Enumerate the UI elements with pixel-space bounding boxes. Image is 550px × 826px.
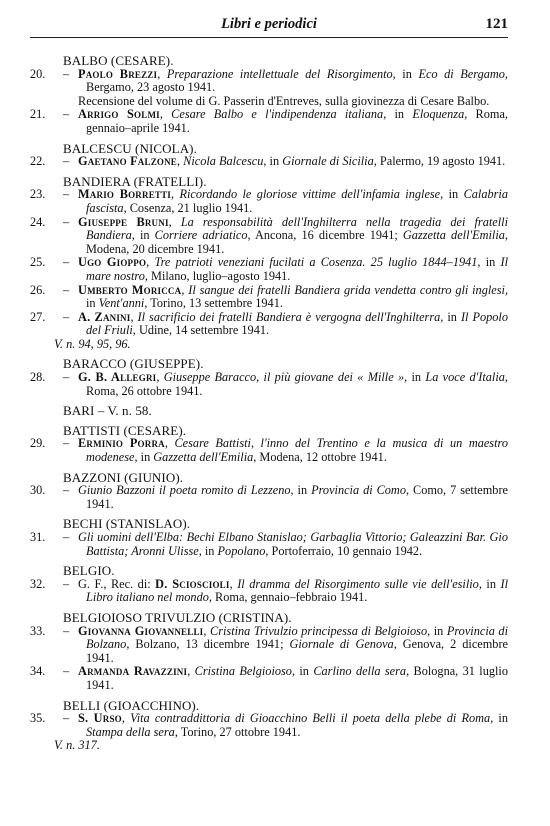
bibliography-entry: 24.–Giuseppe Bruni, La responsabilità de…: [30, 216, 508, 257]
entry-dash: –: [63, 256, 78, 270]
entry-title-italic: Vita contraddittoria di Gioacchino Belli…: [130, 711, 490, 725]
entry-text: , Portoferraio, 10 gennaio 1942.: [265, 544, 422, 558]
entry-number: 32.: [30, 578, 52, 592]
entry-text: , in: [132, 228, 155, 242]
running-title: Libri e periodici: [30, 16, 508, 33]
entry-dash: –: [63, 155, 78, 169]
entry-title-italic: Giornale di Genova: [290, 637, 394, 651]
entry-title-italic: Cristina Belgioioso: [195, 664, 292, 678]
entry-text: , in: [263, 154, 282, 168]
entry-dash: –: [63, 712, 78, 726]
entry-number: 23.: [30, 188, 52, 202]
entry-author: Ugo Gioppo: [78, 255, 146, 269]
bibliography-entry: 28.–G. B. Allegri, Giuseppe Baracco, il …: [30, 371, 508, 398]
section-heading: BELLI (GIOACCHINO).: [30, 699, 508, 713]
entry-title-italic: Popolano: [218, 544, 266, 558]
entry-text: , Roma, gennaio–febbraio 1941.: [209, 590, 367, 604]
entry-number: 21.: [30, 108, 52, 122]
entry-author: Armanda Ravazzini: [78, 664, 187, 678]
entry-number: 33.: [30, 625, 52, 639]
section-heading: BATTISTI (CESARE).: [30, 424, 508, 438]
entry-title-italic: Provincia di Como: [311, 483, 406, 497]
entry-text: , Udine, 14 settembre 1941.: [133, 323, 269, 337]
entry-title-italic: Preparazione intellettuale del Risorgime…: [167, 67, 393, 81]
section-heading: BANDIERA (FRATELLI).: [30, 175, 508, 189]
bibliography-entry: 29.–Erminio Porra, Cesare Battisti, l'in…: [30, 437, 508, 464]
entry-number: 24.: [30, 216, 52, 230]
entry-text: , in: [291, 483, 312, 497]
entry-title-italic: Il dramma del Risorgimento sulle vie del…: [237, 577, 479, 591]
bibliography-entry: 21.–Arrigo Solmi, Cesare Balbo e l'indip…: [30, 108, 508, 135]
entry-dash: –: [63, 578, 78, 592]
entry-text: , in: [490, 711, 508, 725]
entry-number: 26.: [30, 284, 52, 298]
entry-title-italic: Vent'anni: [99, 296, 145, 310]
entry-text: , Ancona, 16 dicembre 1941;: [247, 228, 402, 242]
entry-title-italic: Gazzetta dell'Emilia: [153, 450, 253, 464]
entry-title-italic: Il sangue dei fratelli Bandiera grida ve…: [188, 283, 505, 297]
entry-title-italic: Giuseppe Baracco, il più giovane dei « M…: [164, 370, 404, 384]
bibliography-entry: 34.–Armanda Ravazzini, Cristina Belgioio…: [30, 665, 508, 692]
entry-author: Arrigo Solmi: [78, 107, 160, 121]
entry-text: , in: [199, 544, 218, 558]
entry-text: , in: [427, 624, 447, 638]
entry-title-italic: Giornale di Sicilia: [282, 154, 374, 168]
entry-title-italic: Cesare Balbo e l'indipendenza italiana: [171, 107, 383, 121]
cross-reference: V. n. 94, 95, 96.: [30, 338, 508, 352]
bibliography-entry: 27.–A. Zanini, Il sacrificio dei fratell…: [30, 311, 508, 338]
section-heading: BELGIO.: [30, 564, 508, 578]
entry-dash: –: [63, 371, 78, 385]
bibliography-body: BALBO (CESARE).20.–Paolo Brezzi, Prepara…: [30, 54, 508, 753]
entry-number: 20.: [30, 68, 52, 82]
entry-title-italic: Eloquenza: [412, 107, 464, 121]
entry-text: , Modena, 12 ottobre 1941.: [253, 450, 387, 464]
entry-number: 30.: [30, 484, 52, 498]
document-page: Libri e periodici 121 BALBO (CESARE).20.…: [0, 0, 550, 826]
entry-number: 35.: [30, 712, 52, 726]
running-header: Libri e periodici 121: [30, 14, 508, 36]
entry-dash: –: [63, 484, 78, 498]
bibliography-entry: 22.–Gaetano Falzone, Nicola Balcescu, in…: [30, 155, 508, 169]
entry-dash: –: [63, 531, 78, 545]
entry-author: Giuseppe Bruni: [78, 215, 169, 229]
entry-title-italic: Corriere adriatico: [155, 228, 248, 242]
entry-text: , Bolzano, 13 dicembre 1941;: [126, 637, 289, 651]
entry-title-italic: Cristina Trivulzio principessa di Belgio…: [210, 624, 427, 638]
entry-author: Umberto Moricca: [78, 283, 181, 297]
bibliography-entry: 23.–Mario Borretti, Ricordando le glorio…: [30, 188, 508, 215]
entry-text: , Torino, 13 settembre 1941.: [144, 296, 283, 310]
entry-text: , in: [404, 370, 425, 384]
entry-title-italic: Nicola Balcescu: [183, 154, 263, 168]
bibliography-entry: 33.–Giovanna Giovannelli, Cristina Trivu…: [30, 625, 508, 666]
section-heading: BECHI (STANISLAO).: [30, 517, 508, 531]
entry-text: , in: [383, 107, 412, 121]
entry-dash: –: [63, 188, 78, 202]
entry-title-italic: La voce d'Italia: [425, 370, 505, 384]
entry-dash: –: [63, 311, 78, 325]
cross-reference: V. n. 317.: [30, 739, 508, 753]
entry-author: A. Zanini: [78, 310, 130, 324]
entry-title-italic: Eco di Bergamo: [418, 67, 504, 81]
entry-note: Recensione del volume di G. Passerin d'E…: [30, 95, 508, 109]
entry-dash: –: [63, 665, 78, 679]
entry-dash: –: [63, 216, 78, 230]
page-number: 121: [486, 16, 509, 33]
section-heading: BAZZONI (GIUNIO).: [30, 471, 508, 485]
entry-number: 31.: [30, 531, 52, 545]
entry-author: D. Scioscioli: [155, 577, 229, 591]
entry-prefix: G. F., Rec. di:: [78, 577, 155, 591]
entry-author: Mario Borretti: [78, 187, 171, 201]
entry-number: 25.: [30, 256, 52, 270]
entry-text: , Torino, 27 ottobre 1941.: [175, 725, 301, 739]
entry-text: , in: [393, 67, 419, 81]
bibliography-entry: 25.–Ugo Gioppo, Tre patrioti veneziani f…: [30, 256, 508, 283]
bibliography-entry: 31.–Gli uomini dell'Elba: Bechi Elbano S…: [30, 531, 508, 558]
section-heading: BARI – V. n. 58.: [30, 404, 508, 418]
entry-number: 29.: [30, 437, 52, 451]
entry-author: S. Urso: [78, 711, 122, 725]
entry-text: , in: [479, 577, 501, 591]
bibliography-entry: 20.–Paolo Brezzi, Preparazione intellett…: [30, 68, 508, 95]
entry-title-italic: Ricordando le gloriose vittime dell'infa…: [179, 187, 440, 201]
entry-title-italic: Il sacrificio dei fratelli Bandiera è ve…: [138, 310, 441, 324]
bibliography-entry: 30.–Giunio Bazzoni il poeta romito di Le…: [30, 484, 508, 511]
entry-author: Paolo Brezzi: [78, 67, 157, 81]
section-heading: BALCESCU (NICOLA).: [30, 142, 508, 156]
entry-number: 28.: [30, 371, 52, 385]
bibliography-entry: 32.–G. F., Rec. di: D. Scioscioli, Il dr…: [30, 578, 508, 605]
entry-author: G. B. Allegri: [78, 370, 156, 384]
entry-text: , in: [292, 664, 313, 678]
bibliography-entry: 35.–S. Urso, Vita contraddittoria di Gio…: [30, 712, 508, 739]
entry-dash: –: [63, 437, 78, 451]
entry-number: 27.: [30, 311, 52, 325]
entry-author: Erminio Porra: [78, 436, 165, 450]
entry-number: 22.: [30, 155, 52, 169]
entry-text: , in: [440, 187, 463, 201]
entry-text: , in: [135, 450, 154, 464]
header-rule: [30, 37, 508, 38]
entry-title-italic: Giunio Bazzoni il poeta romito di Lezzen…: [78, 483, 291, 497]
section-heading: BELGIOIOSO TRIVULZIO (CRISTINA).: [30, 611, 508, 625]
entry-author: Giovanna Giovannelli: [78, 624, 203, 638]
entry-title-italic: Tre patrioti veneziani fucilati a Cosenz…: [154, 255, 477, 269]
entry-title-italic: Carlino della sera: [313, 664, 406, 678]
entry-dash: –: [63, 625, 78, 639]
entry-text: , in: [440, 310, 461, 324]
entry-text: , Milano, luglio–agosto 1941.: [145, 269, 291, 283]
section-heading: BARACCO (GIUSEPPE).: [30, 357, 508, 371]
entry-title-italic: Gazzetta dell'Emilia: [403, 228, 505, 242]
entry-number: 34.: [30, 665, 52, 679]
entry-author: Gaetano Falzone: [78, 154, 177, 168]
entry-text: , Cosenza, 21 luglio 1941.: [124, 201, 253, 215]
bibliography-entry: 26.–Umberto Moricca, Il sangue dei frate…: [30, 284, 508, 311]
entry-dash: –: [63, 284, 78, 298]
entry-dash: –: [63, 108, 78, 122]
section-heading: BALBO (CESARE).: [30, 54, 508, 68]
entry-text: , in: [477, 255, 500, 269]
entry-text: , Palermo, 19 agosto 1941.: [374, 154, 506, 168]
entry-title-italic: Stampa della sera: [86, 725, 175, 739]
entry-dash: –: [63, 68, 78, 82]
